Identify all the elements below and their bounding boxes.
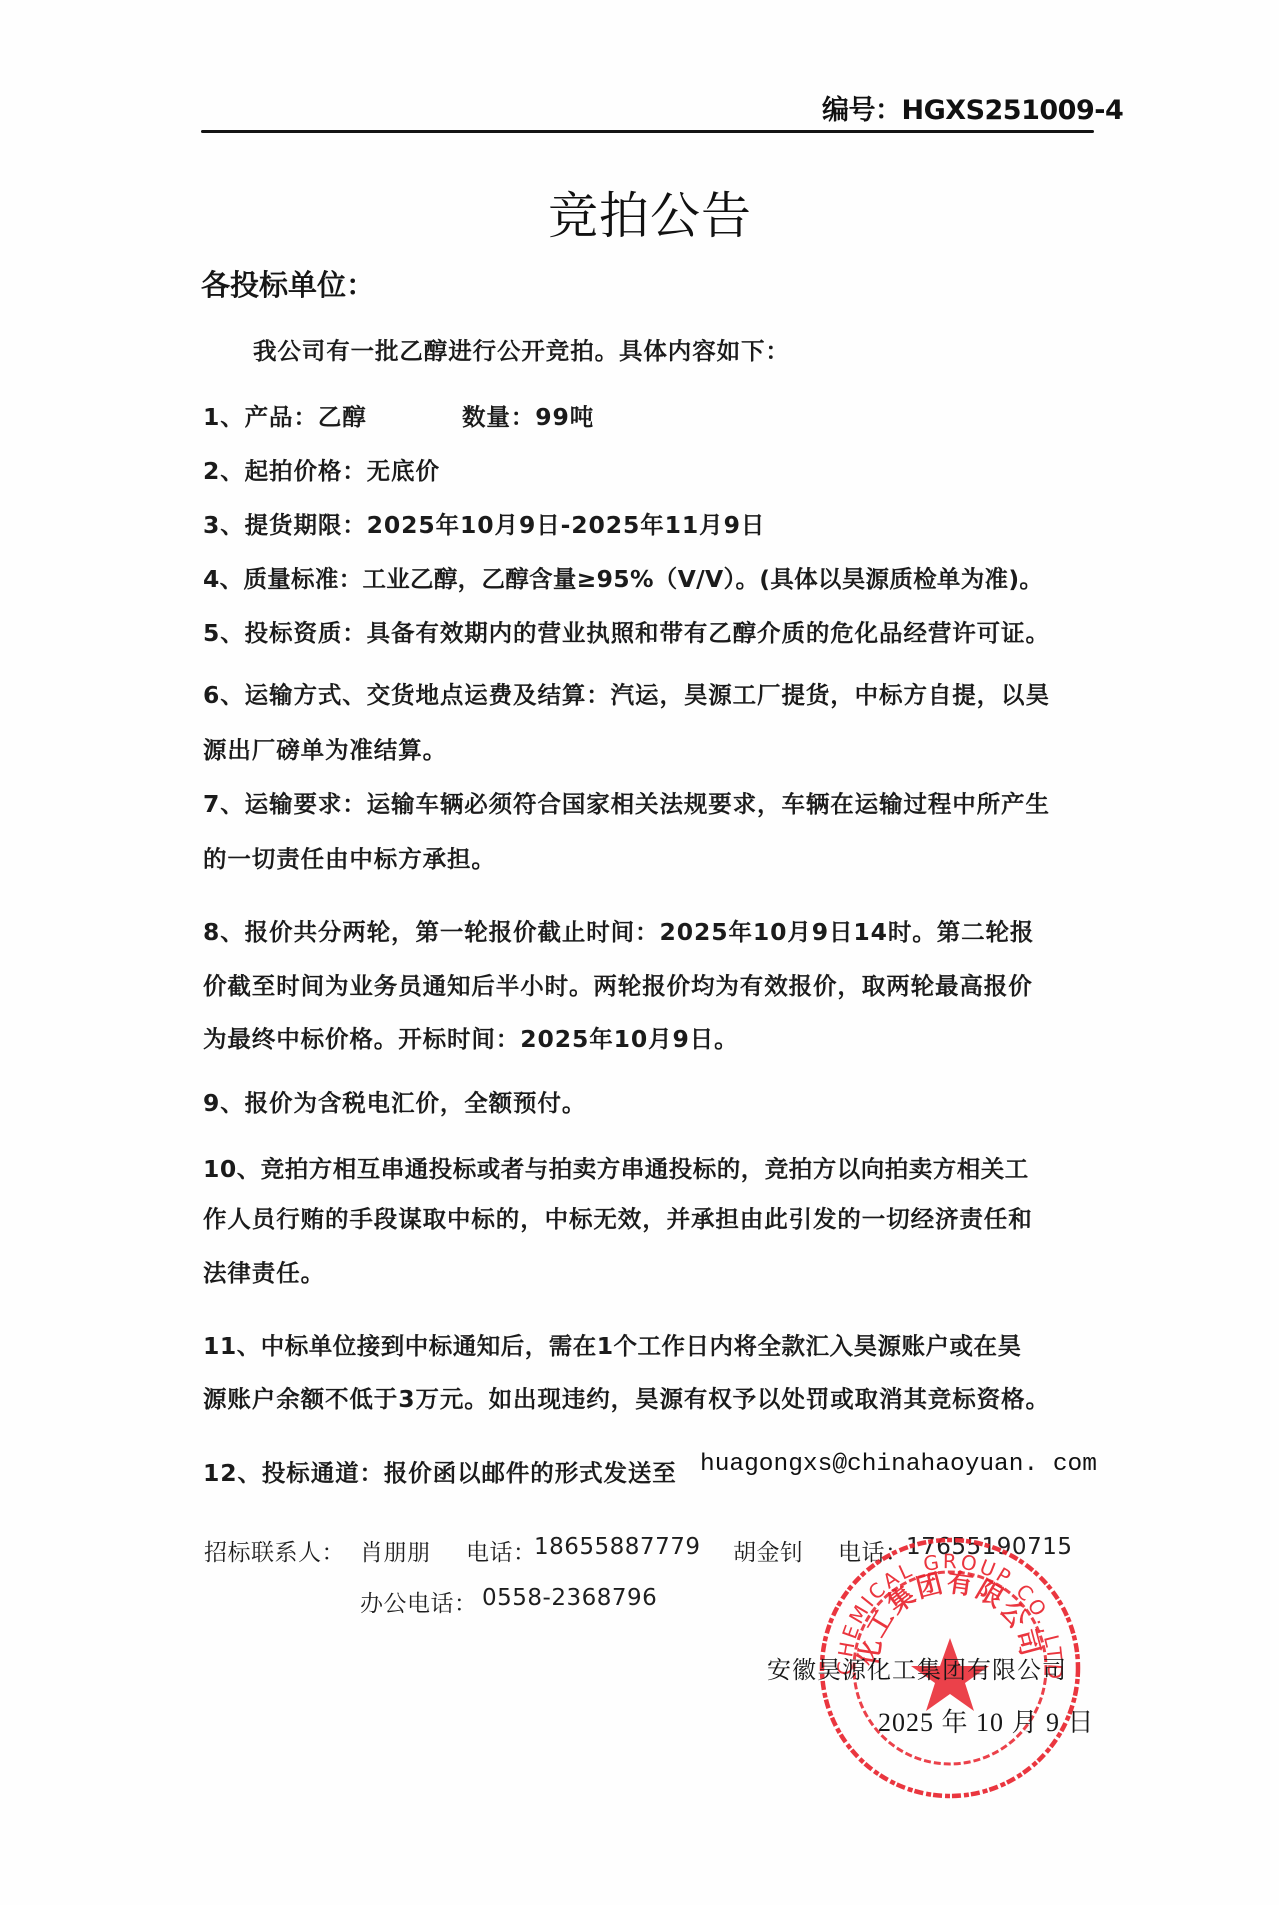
item-9-payment: 9、报价为含税电汇价，全额预付。 — [203, 1084, 586, 1118]
bid-email-link[interactable]: huagongxs@chinahaoyuan. com — [700, 1451, 1097, 1478]
contacts-label: 招标联系人： — [204, 1534, 345, 1567]
item-10-collusion-line-1: 10、竞拍方相互串通投标或者与拍卖方串通投标的，竞拍方以向拍卖方相关工 — [203, 1150, 1029, 1184]
header-divider — [201, 130, 1094, 133]
signature-date: 2025 年 10 月 9 日 — [878, 1702, 1095, 1739]
item-3-pickup-period: 3、提货期限：2025年10月9日-2025年11月9日 — [203, 506, 765, 540]
item-11-deposit-line-1: 11、中标单位接到中标通知后，需在1个工作日内将全款汇入昊源账户或在昊 — [203, 1327, 1022, 1361]
signature-company: 安徽昊源化工集团有限公司 — [767, 1650, 1067, 1685]
item-5-qualification: 5、投标资质：具备有效期内的营业执照和带有乙醇介质的危化品经营许可证。 — [203, 614, 1050, 648]
item-4-quality-standard: 4、质量标准：工业乙醇，乙醇含量≥95%（V/V）。(具体以昊源质检单为准)。 — [203, 560, 1043, 594]
item-1-quantity: 数量：99吨 — [462, 398, 594, 432]
item-8-bidding-rounds-line-3: 为最终中标价格。开标时间：2025年10月9日。 — [203, 1020, 739, 1054]
item-8-bidding-rounds-line-1: 8、报价共分两轮，第一轮报价截止时间：2025年10月9日14时。第二轮报 — [203, 913, 1034, 947]
item-1-product: 1、产品：乙醇 — [203, 398, 367, 432]
item-8-bidding-rounds-line-2: 价截至时间为业务员通知后半小时。两轮报价均为有效报价，取两轮最高报价 — [203, 967, 1033, 1001]
salutation: 各投标单位： — [201, 263, 375, 304]
office-phone-label: 办公电话： — [360, 1585, 478, 1618]
item-7-transport-requirements-line-1: 7、运输要求：运输车辆必须符合国家相关法规要求，车辆在运输过程中所产生 — [203, 785, 1050, 819]
page-title: 竞拍公告 — [548, 176, 752, 248]
contact-2-name: 胡金钊 — [733, 1534, 804, 1567]
item-2-start-price: 2、起拍价格：无底价 — [203, 452, 440, 486]
item-7-transport-requirements-line-2: 的一切责任由中标方承担。 — [203, 840, 496, 874]
item-11-deposit-line-2: 源账户余额不低于3万元。如出现违约，昊源有权予以处罚或取消其竞标资格。 — [203, 1380, 1050, 1414]
item-10-collusion-line-3: 法律责任。 — [203, 1254, 325, 1288]
item-6-transport-settlement-line-1: 6、运输方式、交货地点运费及结算：汽运，昊源工厂提货，中标方自提，以昊 — [203, 676, 1050, 710]
contact-1-phone-label: 电话： — [466, 1534, 537, 1567]
contact-1-phone: 18655887779 — [534, 1534, 700, 1560]
intro-paragraph: 我公司有一批乙醇进行公开竞拍。具体内容如下： — [253, 332, 790, 366]
contact-1-name: 肖朋朋 — [360, 1534, 431, 1567]
document-number: 编号：HGXS251009-4 — [822, 88, 1123, 127]
item-6-transport-settlement-line-2: 源出厂磅单为准结算。 — [203, 731, 447, 765]
office-phone: 0558-2368796 — [482, 1585, 657, 1611]
item-10-collusion-line-2: 作人员行贿的手段谋取中标的，中标无效，并承担由此引发的一切经济责任和 — [203, 1200, 1033, 1234]
document-page: 编号：HGXS251009-4 竞拍公告 各投标单位： 我公司有一批乙醇进行公开… — [0, 0, 1279, 1905]
item-12-bid-channel: 12、投标通道：报价函以邮件的形式发送至 — [203, 1454, 677, 1488]
